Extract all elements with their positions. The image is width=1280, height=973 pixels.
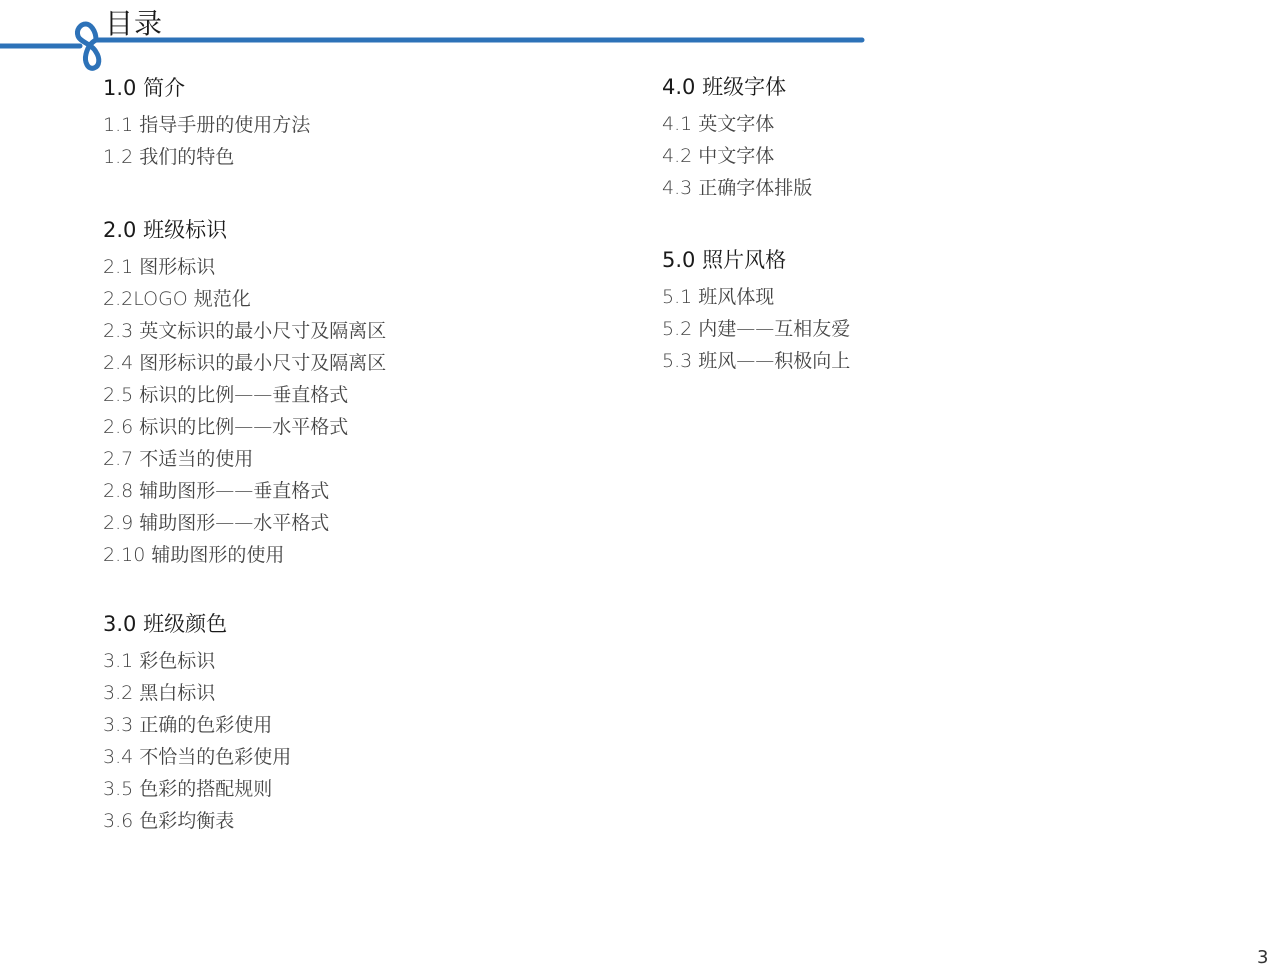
page-number: 3 bbox=[1257, 947, 1268, 968]
toc-item[interactable]: 2.9 辅助图形——水平格式 bbox=[103, 507, 386, 539]
toc-item[interactable]: 2.1 图形标识 bbox=[103, 251, 386, 283]
toc-item[interactable]: 2.10 辅助图形的使用 bbox=[103, 539, 386, 571]
toc-item[interactable]: 4.1 英文字体 bbox=[662, 108, 812, 140]
toc-item[interactable]: 1.2 我们的特色 bbox=[103, 141, 310, 173]
section-title[interactable]: 5.0 照片风格 bbox=[662, 244, 850, 276]
toc-item[interactable]: 2.5 标识的比例——垂直格式 bbox=[103, 379, 386, 411]
toc-item[interactable]: 3.6 色彩均衡表 bbox=[103, 805, 291, 837]
page-title: 目录 bbox=[105, 2, 163, 42]
toc-item[interactable]: 2.4 图形标识的最小尺寸及隔离区 bbox=[103, 347, 386, 379]
toc-item[interactable]: 4.3 正确字体排版 bbox=[662, 172, 812, 204]
toc-item[interactable]: 5.2 内建——互相友爱 bbox=[662, 313, 850, 345]
toc-item[interactable]: 5.3 班风——积极向上 bbox=[662, 345, 850, 377]
section-title[interactable]: 2.0 班级标识 bbox=[103, 214, 386, 246]
toc-item[interactable]: 2.6 标识的比例——水平格式 bbox=[103, 411, 386, 443]
toc-item[interactable]: 1.1 指导手册的使用方法 bbox=[103, 109, 310, 141]
toc-item[interactable]: 5.1 班风体现 bbox=[662, 281, 850, 313]
toc-item[interactable]: 3.1 彩色标识 bbox=[103, 645, 291, 677]
toc-item[interactable]: 2.7 不适当的使用 bbox=[103, 443, 386, 475]
toc-item[interactable]: 2.3 英文标识的最小尺寸及隔离区 bbox=[103, 315, 386, 347]
section-title[interactable]: 3.0 班级颜色 bbox=[103, 608, 291, 640]
toc-section-fonts: 4.0 班级字体 4.1 英文字体 4.2 中文字体 4.3 正确字体排版 bbox=[662, 71, 812, 204]
toc-item[interactable]: 3.2 黑白标识 bbox=[103, 677, 291, 709]
toc-section-photo-style: 5.0 照片风格 5.1 班风体现 5.2 内建——互相友爱 5.3 班风——积… bbox=[662, 244, 850, 377]
toc-item[interactable]: 2.8 辅助图形——垂直格式 bbox=[103, 475, 386, 507]
toc-item[interactable]: 3.4 不恰当的色彩使用 bbox=[103, 741, 291, 773]
toc-section-identity: 2.0 班级标识 2.1 图形标识 2.2LOGO 规范化 2.3 英文标识的最… bbox=[103, 214, 386, 571]
toc-section-colors: 3.0 班级颜色 3.1 彩色标识 3.2 黑白标识 3.3 正确的色彩使用 3… bbox=[103, 608, 291, 837]
toc-item[interactable]: 4.2 中文字体 bbox=[662, 140, 812, 172]
toc-item[interactable]: 3.5 色彩的搭配规则 bbox=[103, 773, 291, 805]
toc-item[interactable]: 2.2LOGO 规范化 bbox=[103, 283, 386, 315]
section-title[interactable]: 4.0 班级字体 bbox=[662, 71, 812, 103]
toc-item[interactable]: 3.3 正确的色彩使用 bbox=[103, 709, 291, 741]
section-title[interactable]: 1.0 简介 bbox=[103, 72, 310, 104]
toc-section-intro: 1.0 简介 1.1 指导手册的使用方法 1.2 我们的特色 bbox=[103, 72, 310, 173]
